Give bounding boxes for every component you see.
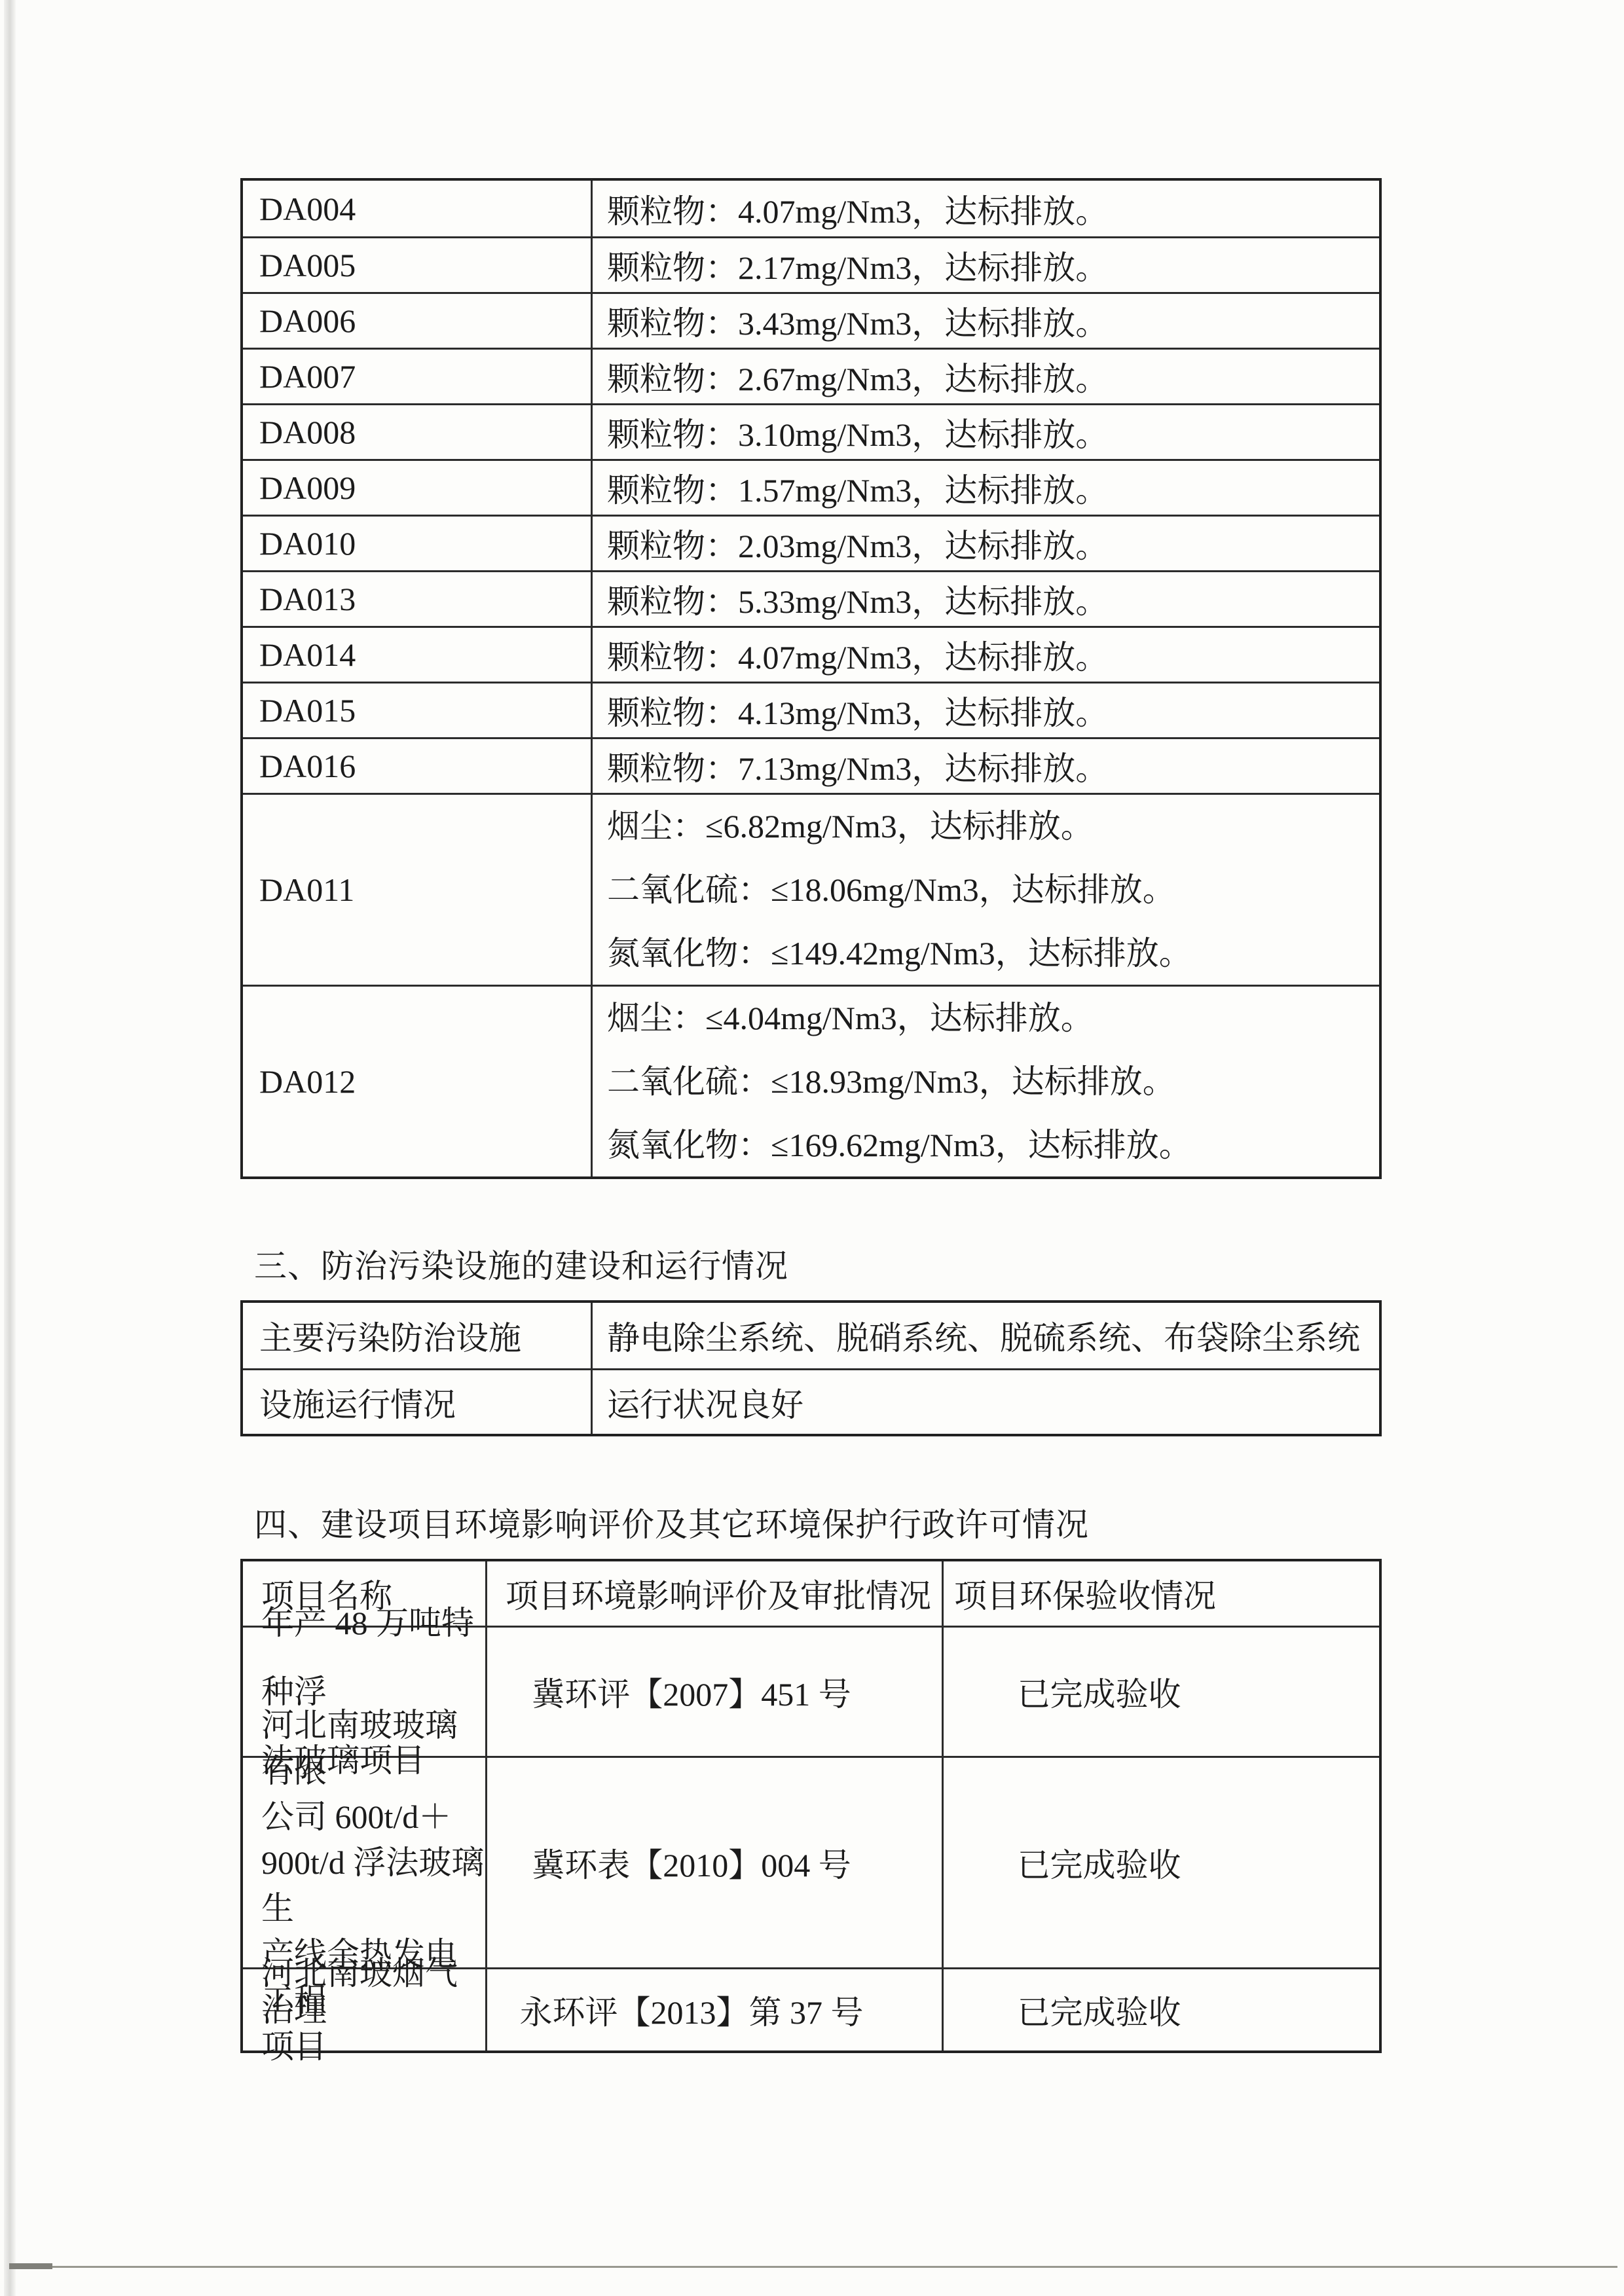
table-row: DA004 颗粒物：4.07mg/Nm3，达标排放。: [243, 181, 1379, 236]
emission-value-cell: 颗粒物：7.13mg/Nm3，达标排放。: [593, 739, 1379, 793]
table-row: 主要污染防治设施 静电除尘系统、脱硝系统、脱硫系统、布袋除尘系统: [243, 1303, 1379, 1368]
project-acceptance-cell: 已完成验收: [944, 1969, 1379, 2050]
emission-value-cell: 颗粒物：2.67mg/Nm3，达标排放。: [593, 350, 1379, 403]
table-row: 河北南玻烟气治理 项目 永环评【2013】第 37 号 已完成验收: [243, 1967, 1379, 2050]
outlet-id-cell: DA013: [243, 572, 593, 626]
table-row: DA012 烟尘：≤4.04mg/Nm3，达标排放。 二氧化硫：≤18.93mg…: [243, 985, 1379, 1176]
outlet-id-cell: DA012: [243, 987, 593, 1176]
outlet-id-cell: DA008: [243, 405, 593, 459]
emissions-table: DA004 颗粒物：4.07mg/Nm3，达标排放。 DA005 颗粒物：2.1…: [240, 178, 1382, 1179]
section-4-heading: 四、建设项目环境影响评价及其它环境保护行政许可情况: [254, 1508, 1089, 1542]
project-eia-cell: 冀环表【2010】004 号: [487, 1758, 944, 1967]
outlet-id-cell: DA006: [243, 294, 593, 348]
outlet-id-cell: DA016: [243, 739, 593, 793]
facility-value-cell: 静电除尘系统、脱硝系统、脱硫系统、布袋除尘系统: [593, 1303, 1379, 1368]
table-row: DA015 颗粒物：4.13mg/Nm3，达标排放。: [243, 682, 1379, 737]
facility-label-cell: 设施运行情况: [243, 1370, 593, 1434]
project-acceptance-cell: 已完成验收: [944, 1758, 1379, 1967]
emission-value-cell: 颗粒物：4.13mg/Nm3，达标排放。: [593, 683, 1379, 737]
table-row: 河北南玻玻璃有限 公司 600t/d＋ 900t/d 浮法玻璃生 产线余热发电工…: [243, 1756, 1379, 1967]
section-3-heading: 三、防治污染设施的建设和运行情况: [254, 1249, 788, 1283]
emission-value-cell: 颗粒物：1.57mg/Nm3，达标排放。: [593, 461, 1379, 515]
outlet-id-cell: DA004: [243, 181, 593, 236]
scan-left-edge-artifact: [4, 0, 16, 2296]
facilities-table: 主要污染防治设施 静电除尘系统、脱硝系统、脱硫系统、布袋除尘系统 设施运行情况 …: [240, 1300, 1382, 1436]
table-row: DA011 烟尘：≤6.82mg/Nm3，达标排放。 二氧化硫：≤18.06mg…: [243, 793, 1379, 985]
scanned-document-page: DA004 颗粒物：4.07mg/Nm3，达标排放。 DA005 颗粒物：2.1…: [0, 0, 1624, 2296]
outlet-id-cell: DA011: [243, 795, 593, 985]
project-eia-cell: 永环评【2013】第 37 号: [487, 1969, 944, 2050]
outlet-id-cell: DA005: [243, 238, 593, 292]
scan-bottom-edge-artifact: [9, 2266, 1617, 2268]
emission-value-cell: 颗粒物：3.43mg/Nm3，达标排放。: [593, 294, 1379, 348]
emission-value-cell: 颗粒物：2.17mg/Nm3，达标排放。: [593, 238, 1379, 292]
table-row: DA007 颗粒物：2.67mg/Nm3，达标排放。: [243, 348, 1379, 403]
outlet-id-cell: DA007: [243, 350, 593, 403]
emission-value-cell: 烟尘：≤4.04mg/Nm3，达标排放。 二氧化硫：≤18.93mg/Nm3，达…: [593, 987, 1379, 1176]
facility-label-cell: 主要污染防治设施: [243, 1303, 593, 1368]
emission-value-cell: 烟尘：≤6.82mg/Nm3，达标排放。 二氧化硫：≤18.06mg/Nm3，达…: [593, 795, 1379, 985]
table-row: DA008 颗粒物：3.10mg/Nm3，达标排放。: [243, 403, 1379, 459]
emission-value-cell: 颗粒物：2.03mg/Nm3，达标排放。: [593, 517, 1379, 570]
scan-bottom-edge-mark: [9, 2263, 52, 2269]
table-row: DA014 颗粒物：4.07mg/Nm3，达标排放。: [243, 626, 1379, 682]
table-row: DA013 颗粒物：5.33mg/Nm3，达标排放。: [243, 570, 1379, 626]
outlet-id-cell: DA009: [243, 461, 593, 515]
table-row: 设施运行情况 运行状况良好: [243, 1368, 1379, 1434]
emission-value-cell: 颗粒物：5.33mg/Nm3，达标排放。: [593, 572, 1379, 626]
project-name-cell: 河北南玻玻璃有限 公司 600t/d＋ 900t/d 浮法玻璃生 产线余热发电工…: [243, 1758, 487, 1967]
outlet-id-cell: DA010: [243, 517, 593, 570]
project-name-cell: 河北南玻烟气治理 项目: [243, 1969, 487, 2050]
facility-value-cell: 运行状况良好: [593, 1370, 1379, 1434]
emission-value-cell: 颗粒物：4.07mg/Nm3，达标排放。: [593, 181, 1379, 236]
table-row: DA016 颗粒物：7.13mg/Nm3，达标排放。: [243, 737, 1379, 793]
outlet-id-cell: DA015: [243, 683, 593, 737]
outlet-id-cell: DA014: [243, 628, 593, 682]
table-row: DA009 颗粒物：1.57mg/Nm3，达标排放。: [243, 459, 1379, 515]
project-acceptance-cell: 已完成验收: [944, 1628, 1379, 1756]
table-row: DA010 颗粒物：2.03mg/Nm3，达标排放。: [243, 515, 1379, 570]
emission-value-cell: 颗粒物：4.07mg/Nm3，达标排放。: [593, 628, 1379, 682]
project-eia-header: 项目环境影响评价及审批情况: [487, 1561, 944, 1626]
projects-table: 项目名称 项目环境影响评价及审批情况 项目环保验收情况 年产 48 万吨特种浮 …: [240, 1559, 1382, 2053]
project-eia-cell: 冀环评【2007】451 号: [487, 1628, 944, 1756]
table-row: DA005 颗粒物：2.17mg/Nm3，达标排放。: [243, 236, 1379, 292]
table-row: DA006 颗粒物：3.43mg/Nm3，达标排放。: [243, 292, 1379, 348]
emission-value-cell: 颗粒物：3.10mg/Nm3，达标排放。: [593, 405, 1379, 459]
project-acceptance-header: 项目环保验收情况: [944, 1561, 1379, 1626]
